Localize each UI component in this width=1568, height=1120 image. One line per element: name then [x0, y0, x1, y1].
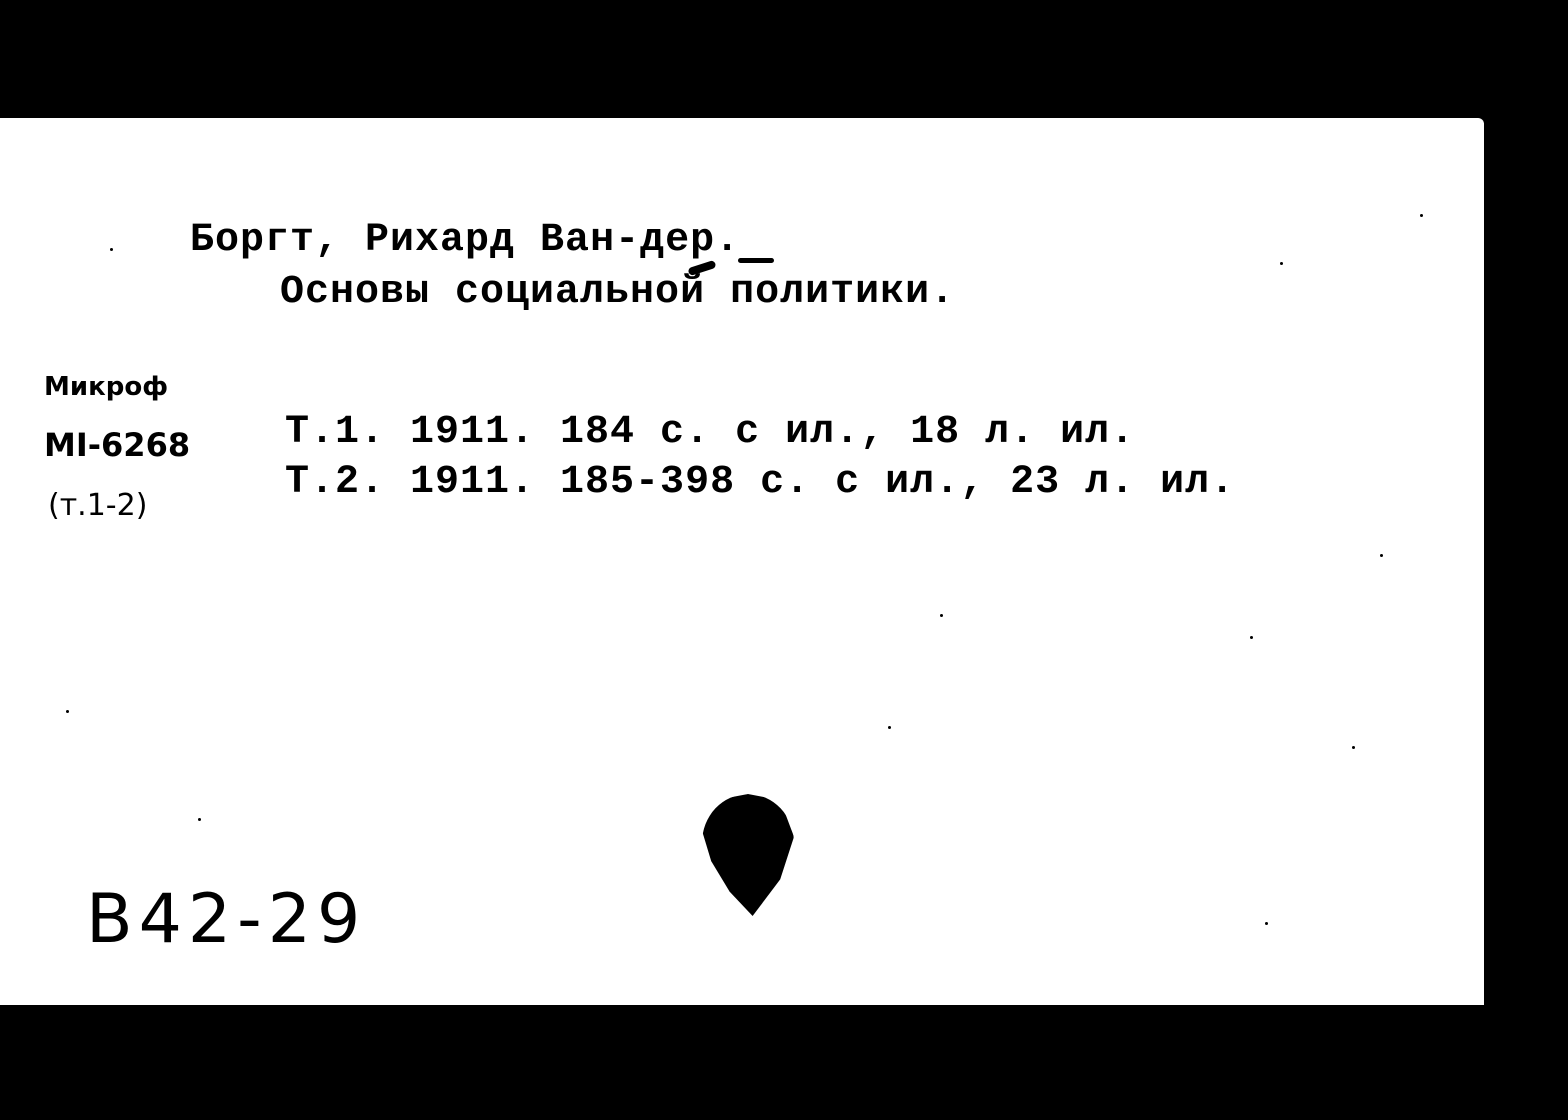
book-title: Основы социальной политики.: [280, 270, 955, 315]
volume-line: Т.1. 1911. 184 с. с ил., 18 л. ил.: [285, 410, 1135, 455]
ink-mark: [738, 258, 774, 263]
volume-line: Т.2. 1911. 185-398 с. с ил., 23 л. ил.: [285, 460, 1235, 505]
punch-hole-icon: [702, 794, 794, 916]
shelfmark: MI-6268: [44, 426, 190, 464]
speck: [1380, 554, 1383, 557]
speck: [198, 818, 201, 821]
speck: [888, 726, 891, 729]
speck: [66, 710, 69, 713]
location-label: Микроф: [44, 372, 168, 402]
catalog-card: Боргт, Рихард Ван-дер. Основы социальной…: [0, 118, 1484, 1005]
author-heading: Боргт, Рихард Ван-дер.: [190, 218, 740, 263]
speck: [1352, 746, 1355, 749]
speck: [1250, 636, 1253, 639]
speck: [940, 614, 943, 617]
speck: [110, 248, 113, 251]
speck: [1420, 214, 1423, 217]
volume-range: (т.1-2): [48, 488, 147, 523]
call-number: В42-29: [86, 880, 366, 959]
speck: [1265, 922, 1268, 925]
speck: [1280, 262, 1283, 265]
